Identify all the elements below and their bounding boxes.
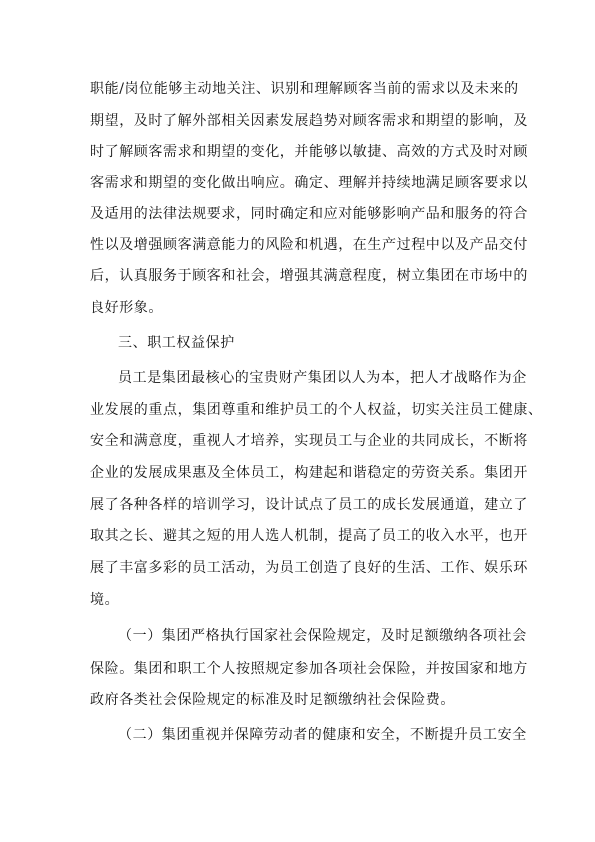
- text-line: 保险。集团和职工个人按照规定参加各项社会保险，并按国家和地方: [90, 660, 510, 678]
- text-line: （一）集团严格执行国家社会保险规定，及时足额缴纳各项社会: [118, 627, 510, 645]
- text-line: 政府各类社会保险规定的标准及时足额缴纳社会保险费。: [90, 691, 510, 709]
- section-heading: 三、职工权益保护: [118, 334, 510, 352]
- text-line: 展了各种各样的培训学习，设计试点了员工的成长发展通道，建立了: [90, 496, 510, 514]
- text-line: 取其之长、避其之短的用人选人机制，提高了员工的收入水平，也开: [90, 527, 510, 545]
- text-line: 安全和满意度，重视人才培养，实现员工与企业的共同成长，不断将: [90, 432, 510, 450]
- document-page: 职能/岗位能够主动地关注、识别和理解顾客当前的需求以及未来的 期望，及时了解外部…: [0, 0, 595, 842]
- text-line: 良好形象。: [90, 299, 510, 317]
- text-line: 期望，及时了解外部相关因素发展趋势对顾客需求和期望的影响，及: [90, 112, 510, 130]
- text-line: 性以及增强顾客满意能力的风险和机遇，在生产过程中以及产品交付: [90, 236, 510, 254]
- text-line: 后，认真服务于顾客和社会，增强其满意程度，树立集团在市场中的: [90, 267, 510, 285]
- text-line: 员工是集团最核心的宝贵财产集团以人为本，把人才战略作为企: [118, 369, 510, 387]
- text-line: （二）集团重视并保障劳动者的健康和安全，不断提升员工安全: [118, 726, 510, 744]
- text-line: 企业的发展成果惠及全体员工，构建起和谐稳定的劳资关系。集团开: [90, 464, 510, 482]
- text-line: 职能/岗位能够主动地关注、识别和理解顾客当前的需求以及未来的: [90, 80, 510, 98]
- text-line: 及适用的法律法规要求，同时确定和应对能够影响产品和服务的符合: [90, 205, 510, 223]
- text-line: 客需求和期望的变化做出响应。确定、理解并持续地满足顾客要求以: [90, 174, 510, 192]
- text-line: 境。: [90, 591, 510, 609]
- text-line: 展了丰富多彩的员工活动，为员工创造了良好的生活、工作、娱乐环: [90, 559, 510, 577]
- text-line: 时了解顾客需求和期望的变化，并能够以敏捷、高效的方式及时对顾: [90, 143, 510, 161]
- text-line: 业发展的重点，集团尊重和维护员工的个人权益，切实关注员工健康、: [90, 401, 510, 419]
